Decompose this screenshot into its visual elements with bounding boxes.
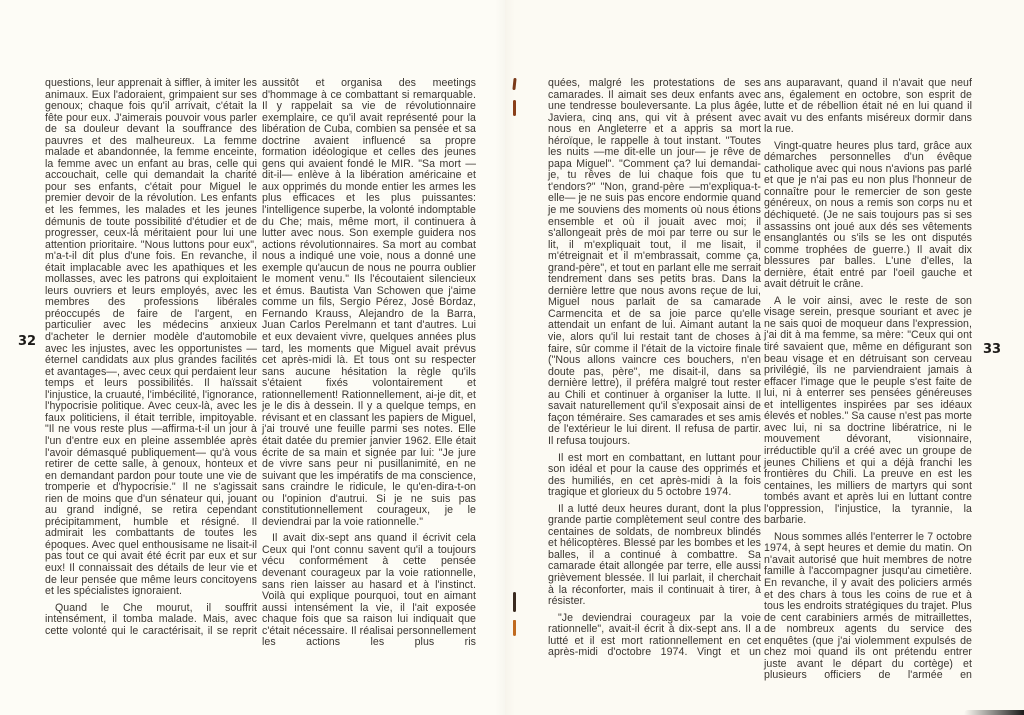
page-number-left: 32 — [18, 334, 36, 349]
left-page-column-2: aussitôt et organisa des meetings d'homm… — [262, 78, 476, 654]
right-page-column-1: quées, malgré les protestations de ses c… — [548, 78, 761, 664]
left-page-column-1: questions, leur apprenait à siffler, à i… — [45, 78, 257, 642]
page-corner-shadow — [964, 710, 1024, 715]
paragraph: Vingt-quatre heures plus tard, grâce aux… — [764, 141, 972, 291]
binding-mark-icon — [513, 100, 516, 116]
binding-mark-icon — [513, 620, 516, 636]
paragraph: A le voir ainsi, avec le reste de son vi… — [764, 296, 972, 527]
paragraph: Nous sommes allés l'enterrer le 7 octobr… — [764, 532, 972, 682]
paragraph: Il est mort en combattant, en luttant po… — [548, 453, 761, 499]
paragraph: aussitôt et organisa des meetings d'homm… — [262, 78, 476, 528]
book-gutter — [495, 0, 515, 715]
page-number-right: 33 — [983, 342, 1001, 357]
paragraph: Quand le Che mourut, il souffrit intensé… — [45, 603, 257, 638]
paragraph: "Je deviendrai courageux par la voie rat… — [548, 613, 761, 659]
right-page-column-2: ans auparavant, quand il n'avait que neu… — [764, 78, 972, 687]
book-spread: 32 questions, leur apprenait à siffler, … — [0, 0, 1024, 715]
paragraph: ans auparavant, quand il n'avait que neu… — [764, 78, 972, 136]
paragraph: questions, leur apprenait à siffler, à i… — [45, 78, 257, 598]
paragraph: Il avait dix-sept ans quand il écrivit c… — [262, 533, 476, 648]
paragraph: quées, malgré les protestations de ses c… — [548, 78, 761, 448]
binding-mark-icon — [513, 592, 516, 612]
left-page: 32 questions, leur apprenait à siffler, … — [0, 0, 505, 715]
paragraph: Il a lutté deux heures durant, dont la p… — [548, 504, 761, 608]
